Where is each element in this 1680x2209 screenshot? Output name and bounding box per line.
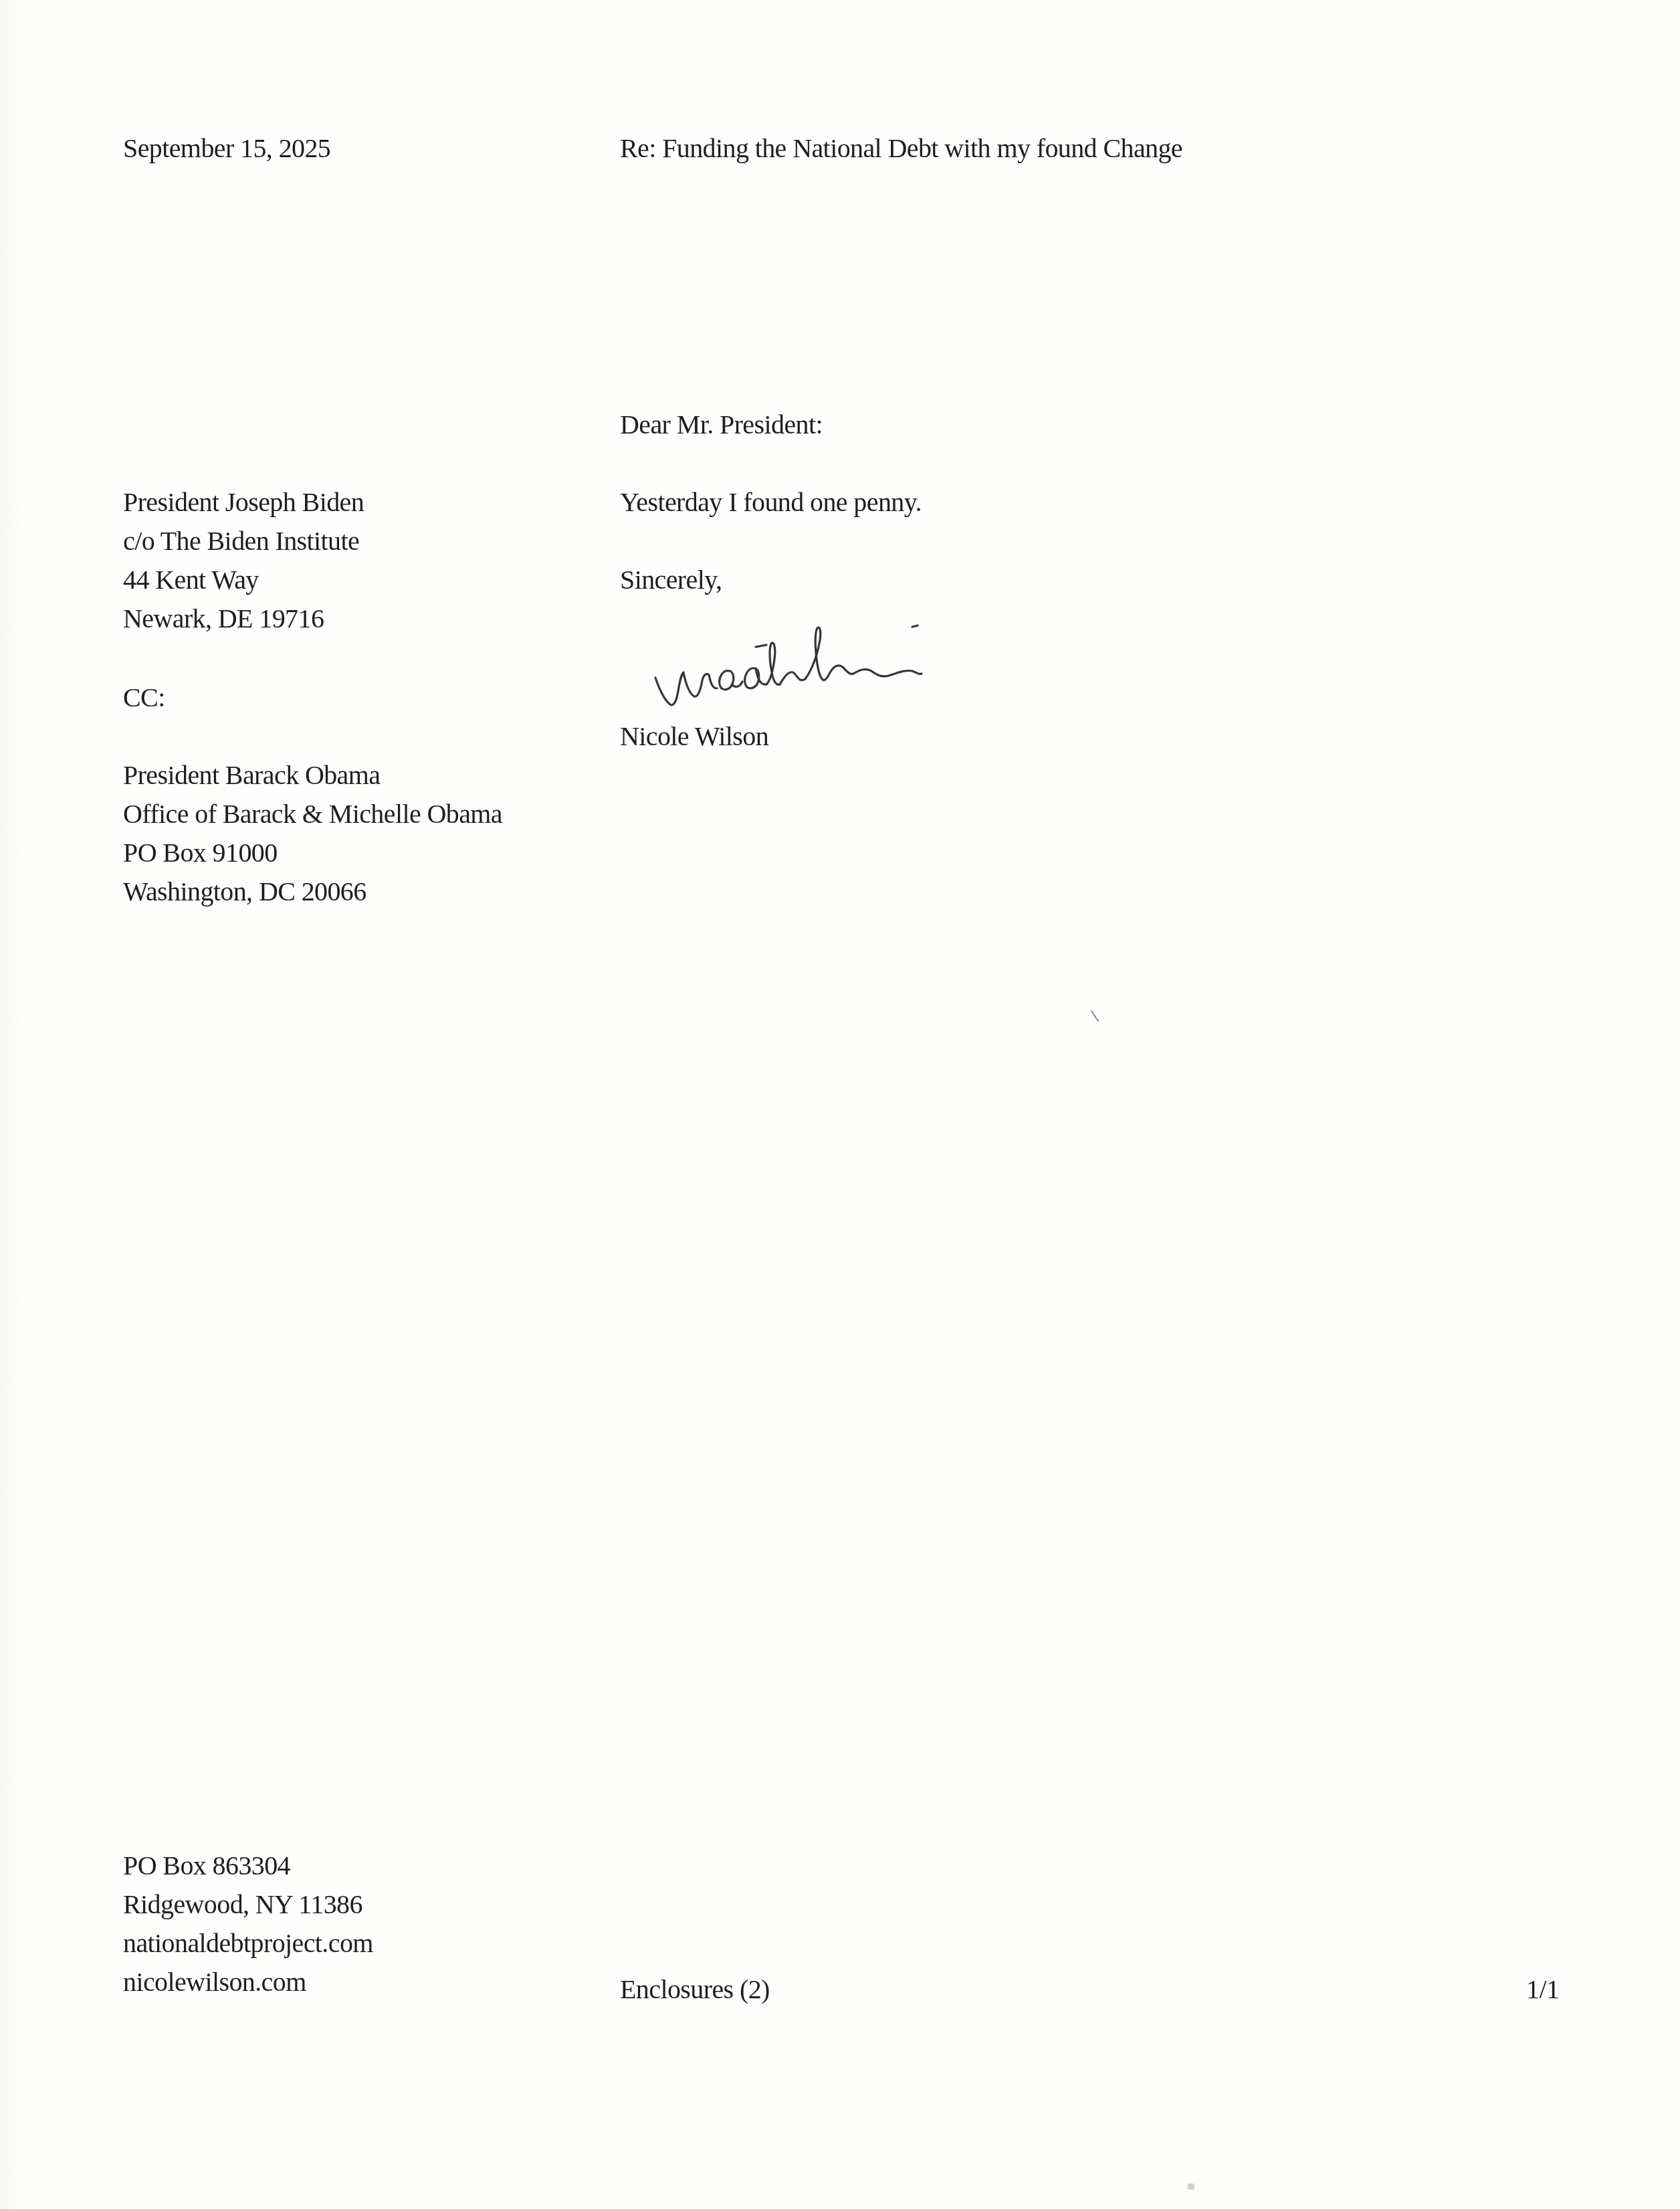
sender-line: Ridgewood, NY 11386 [123,1891,362,1918]
scan-speck [1089,1009,1102,1024]
letter-date: September 15, 2025 [123,135,330,162]
recipient-line: Newark, DE 19716 [123,605,324,632]
cc-line: President Barack Obama [123,762,380,789]
sender-website-link: nicolewilson.com [123,1969,306,1996]
page-number: 1/1 [1526,1976,1559,2003]
cc-label: CC: [123,684,165,711]
letter-page: September 15, 2025 Re: Funding the Natio… [0,0,1680,2209]
signer-name: Nicole Wilson [620,723,768,750]
sender-line: PO Box 863304 [123,1852,290,1879]
cc-line: Office of Barack & Michelle Obama [123,801,502,828]
enclosures-note: Enclosures (2) [620,1976,770,2003]
recipient-line: President Joseph Biden [123,489,364,516]
closing: Sincerely, [620,567,722,593]
signature-icon [642,605,956,716]
cc-line: Washington, DC 20066 [123,878,366,905]
letter-subject: Re: Funding the National Debt with my fo… [620,135,1182,162]
cc-line: PO Box 91000 [123,840,278,866]
body-paragraph: Yesterday I found one penny. [620,489,922,516]
recipient-line: 44 Kent Way [123,567,259,593]
salutation: Dear Mr. President: [620,411,823,438]
scan-speck [1188,2184,1194,2190]
sender-website-link: nationaldebtproject.com [123,1930,373,1957]
recipient-line: c/o The Biden Institute [123,528,359,555]
